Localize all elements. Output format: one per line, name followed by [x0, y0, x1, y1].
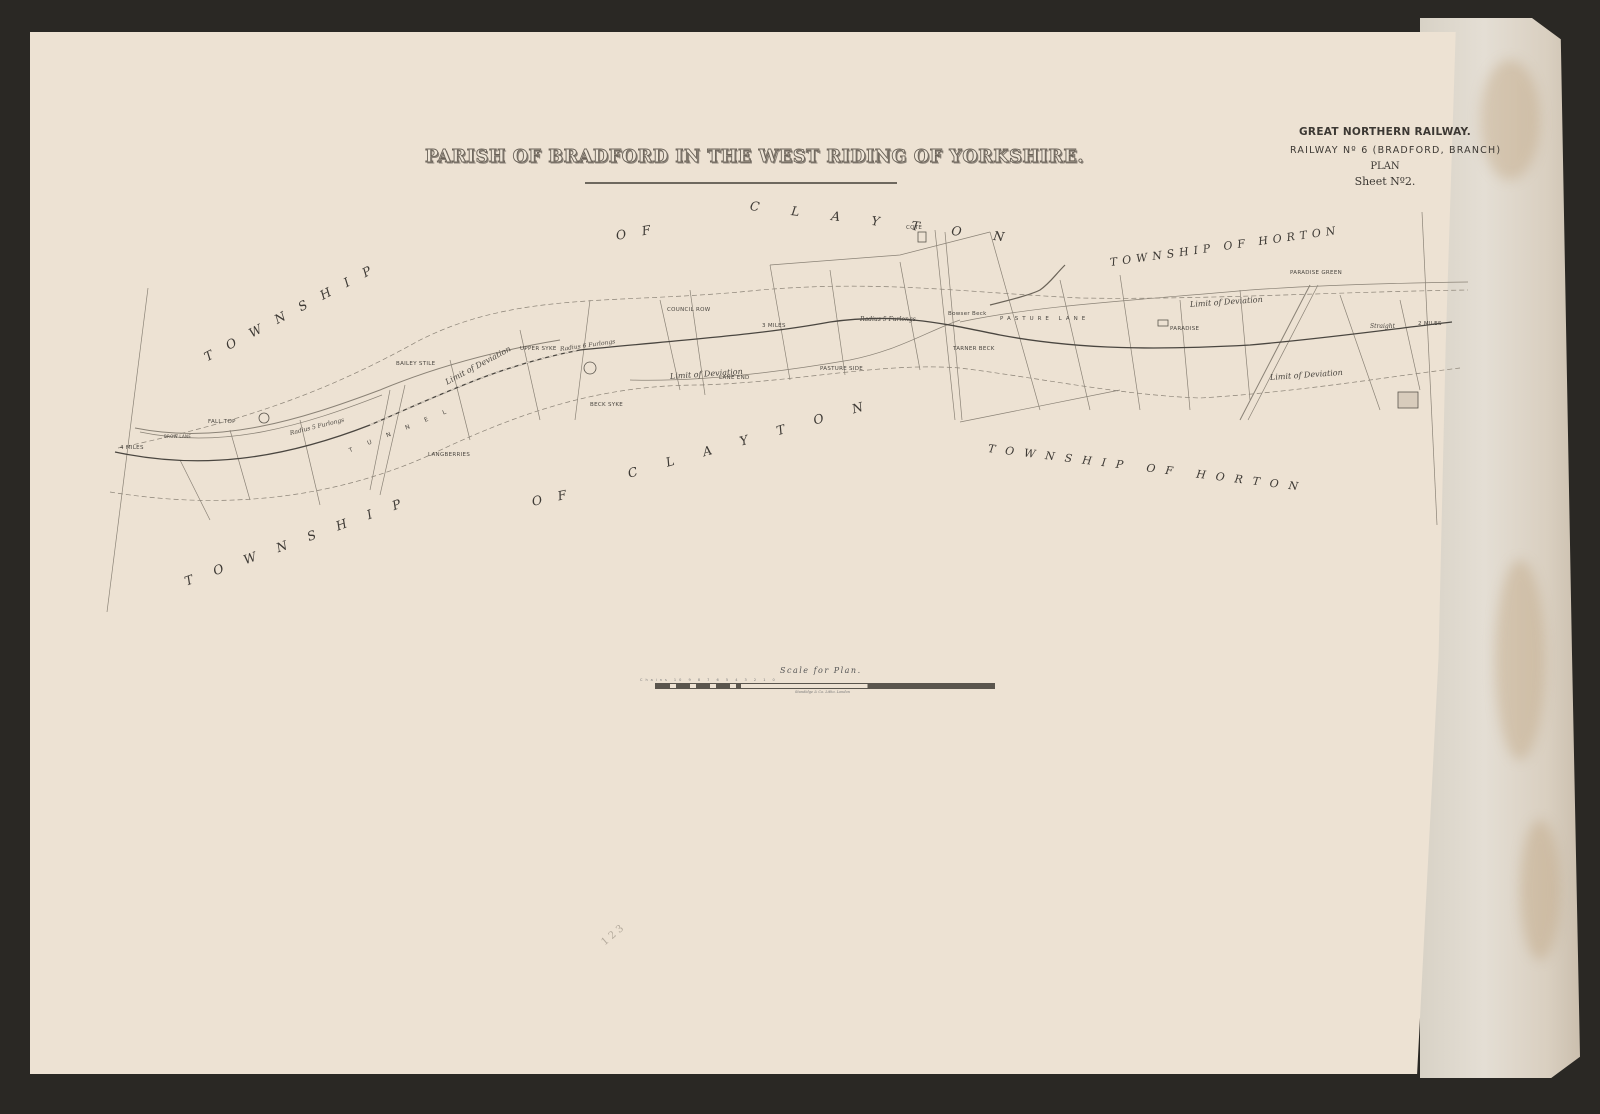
scale-bar	[655, 683, 995, 689]
company-name: GREAT NORTHERN RAILWAY.	[1290, 126, 1480, 138]
place-label: BAILEY STILE	[396, 361, 435, 367]
place-label: TARNER BECK	[953, 346, 995, 352]
place-label: BECK SYKE	[590, 402, 623, 408]
place-label: PARADISE	[1170, 326, 1199, 332]
sheet-number: Sheet Nº2.	[1290, 175, 1480, 188]
mileage-marker: 3 MILES	[762, 323, 786, 329]
title-underline	[585, 182, 897, 184]
place-label: PARADISE GREEN	[1290, 270, 1342, 276]
map-title: PARISH OF BRADFORD IN THE WEST RIDING OF…	[425, 147, 1084, 167]
place-label: Bowser Beck	[948, 311, 987, 317]
mileage-marker: 2 MILES	[1418, 321, 1442, 327]
place-label: FALL TOP	[208, 419, 236, 425]
scale-ticks: Chains 10 9 8 7 6 5 4 3 2 1 0	[640, 678, 778, 682]
plan-label: PLAN	[1290, 161, 1480, 172]
place-label: COTE	[906, 225, 922, 231]
place-label: COUNCIL ROW	[667, 307, 710, 313]
engraver-credit: Standidge & Co. Litho. London	[795, 690, 850, 694]
place-label: BROW LANE	[164, 434, 191, 439]
place-label: PASTURE SIDE	[820, 366, 863, 372]
place-label: UPPER SYKE	[520, 346, 557, 352]
sheet-header: GREAT NORTHERN RAILWAY. RAILWAY Nº 6 (BR…	[1290, 126, 1480, 188]
straight-label: Straight	[1370, 323, 1395, 330]
railway-number: RAILWAY Nº 6 (BRADFORD, BRANCH)	[1290, 145, 1480, 156]
radius-label: Radius 5 Furlongs	[860, 316, 916, 323]
place-label: PASTURE LANE	[1000, 316, 1089, 322]
place-label: LANGBERRIES	[428, 452, 470, 458]
scale-title: Scale for Plan.	[780, 666, 862, 675]
mileage-marker: 4 MILES	[120, 445, 144, 451]
